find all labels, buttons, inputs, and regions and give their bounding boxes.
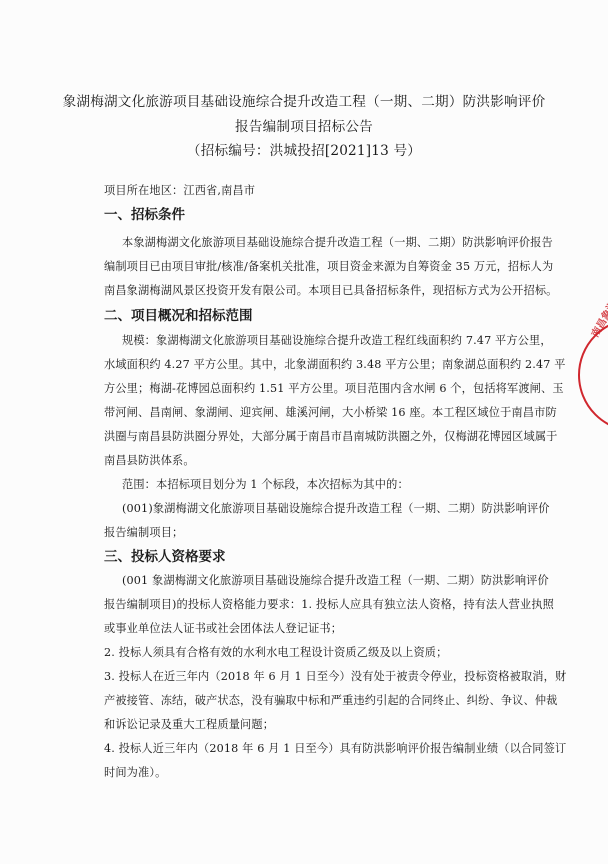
paragraph-line: 3. 投标人在近三年内（2018 年 6 月 1 日至今）没有处于被责令停业，投… xyxy=(104,668,566,684)
paragraph-line: 带河闸、昌南闸、象湖闸、迎宾闸、雄溪河闸，大小桥梁 16 座。本工程区域位于南昌… xyxy=(104,404,557,420)
paragraph-line: 水域面积约 4.27 平方公里。其中，北象湖面积约 3.48 平方公里；南象湖总… xyxy=(104,356,566,372)
official-seal-stamp: 南昌象湖梅湖 xyxy=(578,318,608,432)
section-heading-bidder-qualifications: 三、投标人资格要求 xyxy=(104,545,226,565)
paragraph-line: 南昌象湖梅湖风景区投资开发有限公司。本项目已具备招标条件，现招标方式为公开招标。 xyxy=(104,282,558,298)
tender-number: （招标编号：洪城投招[2021]13 号） xyxy=(0,139,608,159)
paragraph-line: 编制项目已由项目审批/核准/备案机关批准，项目资金来源为自筹资金 35 万元，招… xyxy=(104,258,553,274)
project-location: 项目所在地区：江西省,南昌市 xyxy=(104,182,255,198)
section-heading-project-overview: 二、项目概况和招标范围 xyxy=(104,304,253,324)
paragraph-line: (001)象湖梅湖文化旅游项目基础设施综合提升改造工程（一期、二期）防洪影响评价 xyxy=(122,500,550,516)
document-title-line-2: 报告编制项目招标公告 xyxy=(0,115,608,135)
document-title-line-1: 象湖梅湖文化旅游项目基础设施综合提升改造工程（一期、二期）防洪影响评价 xyxy=(0,90,608,110)
document-page: 象湖梅湖文化旅游项目基础设施综合提升改造工程（一期、二期）防洪影响评价 报告编制… xyxy=(0,0,608,864)
paragraph-line: 报告编制项目)的投标人资格能力要求：1. 投标人应具有独立法人资格，持有法人营业… xyxy=(104,596,554,612)
paragraph-line: 4. 投标人近三年内（2018 年 6 月 1 日至今）具有防洪影响评价报告编制… xyxy=(104,740,566,756)
paragraph-line: 时间为准）。 xyxy=(104,764,166,780)
paragraph-line: 2. 投标人须具有合格有效的水利水电工程设计资质乙级及以上资质； xyxy=(104,644,447,660)
section-heading-tender-conditions: 一、招标条件 xyxy=(104,203,185,223)
paragraph-line: 本象湖梅湖文化旅游项目基础设施综合提升改造工程（一期、二期）防洪影响评价报告 xyxy=(122,234,553,250)
paragraph-line: 洪圈与南昌县防洪圈分界处，大部分属于南昌市昌南城防洪圈之外，仅梅湖花博园区域属于 xyxy=(104,428,558,444)
paragraph-line: 和诉讼记录及重大工程质量问题； xyxy=(104,716,274,732)
paragraph-line: 报告编制项目； xyxy=(104,524,183,540)
paragraph-line: 南昌县防洪体系。 xyxy=(104,452,195,468)
seal-text: 南昌象湖梅湖 xyxy=(590,282,608,339)
paragraph-line: 产被接管、冻结，破产状态，没有骗取中标和严重违约引起的合同终止、纠纷、争议、仲裁 xyxy=(104,692,558,708)
paragraph-line: (001 象湖梅湖文化旅游项目基础设施综合提升改造工程（一期、二期）防洪影响评价 xyxy=(122,572,549,588)
paragraph-line: 范围：本招标项目划分为 1 个标段，本次招标为其中的： xyxy=(122,476,409,492)
paragraph-line: 规模：象湖梅湖文化旅游项目基础设施综合提升改造工程红线面积约 7.47 平方公里… xyxy=(122,332,552,348)
paragraph-line: 或事业单位法人证书或社会团体法人登记证书； xyxy=(104,620,342,636)
paragraph-line: 方公里；梅湖-花博园总面积约 1.51 平方公里。项目范围内含水闸 6 个，包括… xyxy=(104,380,564,396)
